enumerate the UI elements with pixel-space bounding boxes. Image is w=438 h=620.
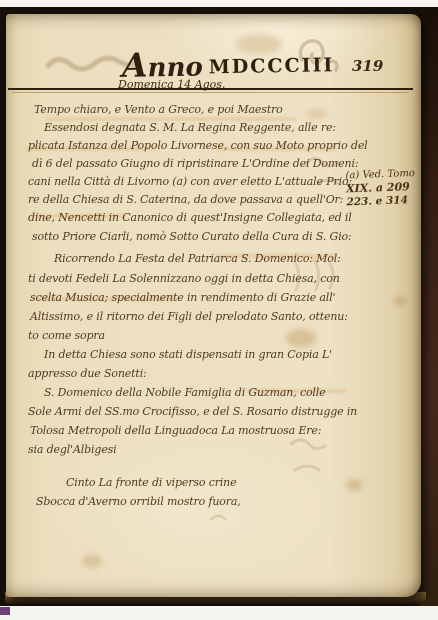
- text-line: cani nella Città di Livorno (a) con aver…: [28, 175, 352, 189]
- margin-note: (a) Ved. Tomo XIX. a 209 223. e 314: [345, 167, 426, 210]
- text-line: dine, Nencetti in Canonico di quest'Insi…: [28, 211, 352, 225]
- text-line: plicata Istanza del Popolo Livornese, co…: [28, 139, 368, 153]
- manuscript-page: AnnoMDCCCIII 319 Domenica 14 Agos. Tempo…: [6, 14, 421, 597]
- scan-strip-bottom: [0, 606, 438, 620]
- text-line: sotto Priore Ciarli, nomò Sotto Curato d…: [32, 230, 352, 244]
- text-line: appresso due Sonetti:: [28, 367, 147, 381]
- text-line: sia degl'Albigesi: [28, 443, 117, 457]
- text-line: Ricorrendo La Festa del Patriarca S. Dom…: [54, 252, 341, 266]
- text-line: dì 6 del passato Giugno di ripristinare …: [32, 157, 358, 171]
- margin-note-line: 223. e 314: [346, 194, 426, 210]
- text-line: Essendosi degnata S. M. La Regina Reggen…: [44, 121, 336, 135]
- text-line: Cinto La fronte di viperso crine: [66, 476, 236, 490]
- text-line: Tolosa Metropoli della Linguadoca La mos…: [30, 424, 321, 438]
- text-line: In detta Chiesa sono stati dispensati in…: [44, 348, 332, 362]
- text-line: Sbocca d'Averno orribil mostro fuora,: [36, 495, 241, 509]
- purple-mark: [0, 607, 10, 615]
- text-line: Sole Armi del SS.mo Crocifisso, e del S.…: [28, 405, 357, 419]
- text-line: to come sopra: [28, 329, 105, 343]
- text-line: Altissimo, e il ritorno dei Figli del pr…: [30, 310, 348, 324]
- book-spine-edge: [420, 7, 438, 606]
- text-line: ti devoti Fedeli La Solennizzano oggi in…: [28, 272, 340, 286]
- body-text: Tempo chiaro, e Vento a Greco, e poi Mae…: [28, 14, 368, 597]
- foxing-stain: [394, 296, 406, 306]
- text-line: Tempo chiaro, e Vento a Greco, e poi Mae…: [34, 103, 283, 117]
- scan-strip-top: [0, 0, 438, 7]
- text-line: scelta Musica; specialmente in rendiment…: [30, 291, 335, 305]
- text-line: S. Domenico della Nobile Famiglia di Guz…: [44, 386, 326, 400]
- text-line: re della Chiesa di S. Caterina, da dove …: [28, 193, 343, 207]
